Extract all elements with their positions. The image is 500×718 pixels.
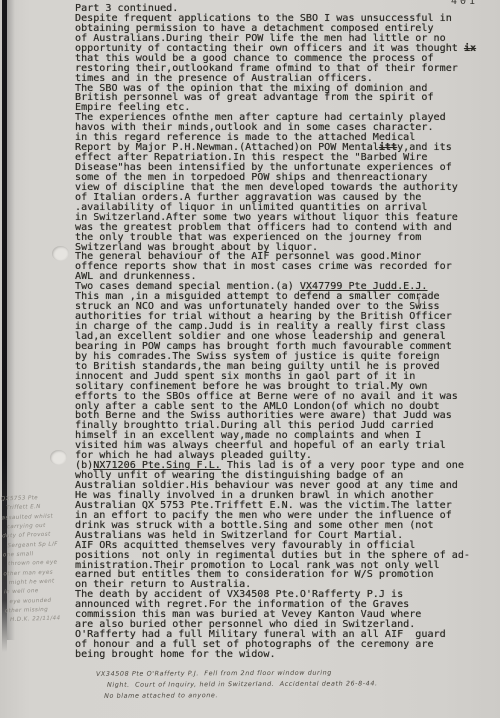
pencil-margin-line: H.D.K. 22/11/44 bbox=[10, 614, 83, 626]
typed-line: being brought home for the widow. bbox=[75, 650, 495, 660]
typed-text-block: Part 3 continued.Despite frequent applic… bbox=[75, 4, 495, 660]
document-page: 401 Part 3 continued.Despite frequent ap… bbox=[0, 0, 500, 718]
punch-hole bbox=[52, 246, 69, 261]
margin-pencil-note: QX5753 PteTriffett E.Nassaulted whilstca… bbox=[1, 493, 84, 626]
handwritten-line: No blame attached to anyone. bbox=[104, 689, 426, 701]
handwritten-ink-note: VX34508 Pte O'Rafferty P.J. Fell from 2n… bbox=[96, 667, 426, 701]
punch-hole bbox=[50, 450, 67, 465]
ink-smudge bbox=[418, 297, 420, 306]
